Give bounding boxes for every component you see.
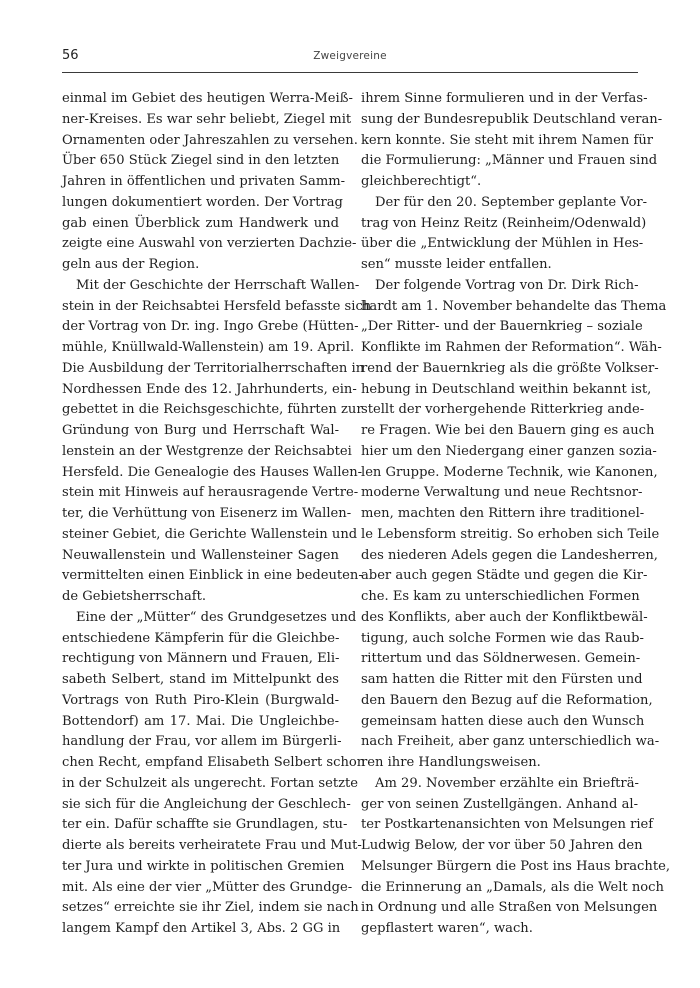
text-line: Mit der Geschichte der Herrschaft Wallen… bbox=[62, 276, 339, 297]
text-line: gepflastert waren“, wach. bbox=[361, 919, 638, 940]
text-line: aber auch gegen Städte und gegen die Kir… bbox=[361, 566, 638, 587]
text-line: Über 650 Stück Ziegel sind in den letzte… bbox=[62, 151, 339, 172]
text-line: gab einen Überblick zum Handwerk und bbox=[62, 214, 339, 235]
text-column-right: ihrem Sinne formulieren und in der Verfa… bbox=[361, 89, 638, 940]
text-line: rittertum und das Söldnerwesen. Gemein- bbox=[361, 649, 638, 670]
text-line: de Gebietsherrschaft. bbox=[62, 587, 339, 608]
text-line: handlung der Frau, vor allem im Bürgerli… bbox=[62, 732, 339, 753]
text-line: Eine der „Mütter“ des Grundgesetzes und bbox=[62, 608, 339, 629]
text-line: che. Es kam zu unterschiedlichen Formen bbox=[361, 587, 638, 608]
text-line: Ornamenten oder Jahreszahlen zu versehen… bbox=[62, 131, 339, 152]
text-line: Der für den 20. September geplante Vor- bbox=[361, 193, 638, 214]
text-line: tigung, auch solche Formen wie das Raub- bbox=[361, 629, 638, 650]
text-line: gleichberechtigt“. bbox=[361, 172, 638, 193]
text-line: gebettet in die Reichsgeschichte, führte… bbox=[62, 400, 339, 421]
text-line: Die Ausbildung der Territorialherrschaft… bbox=[62, 359, 339, 380]
text-line: sie sich für die Angleichung der Geschle… bbox=[62, 795, 339, 816]
text-line: mit. Als eine der vier „Mütter des Grund… bbox=[62, 878, 339, 899]
text-line: nach Freiheit, aber ganz unterschiedlich… bbox=[361, 732, 638, 753]
text-line: langem Kampf den Artikel 3, Abs. 2 GG in bbox=[62, 919, 339, 940]
text-line: Gründung von Burg und Herrschaft Wal- bbox=[62, 421, 339, 442]
text-line: ger von seinen Zustellgängen. Anhand al- bbox=[361, 795, 638, 816]
text-line: zeigte eine Auswahl von verzierten Dachz… bbox=[62, 234, 339, 255]
text-line: dierte als bereits verheiratete Frau und… bbox=[62, 836, 339, 857]
text-line: hardt am 1. November behandelte das Them… bbox=[361, 297, 638, 318]
text-line: moderne Verwaltung und neue Rechtsnor- bbox=[361, 483, 638, 504]
text-line: Am 29. November erzählte ein Briefträ- bbox=[361, 774, 638, 795]
text-line: chen Recht, empfand Elisabeth Selbert sc… bbox=[62, 753, 339, 774]
text-line: sen“ musste leider entfallen. bbox=[361, 255, 638, 276]
text-line: des Konflikts, aber auch der Konfliktbew… bbox=[361, 608, 638, 629]
text-line: setzes“ erreichte sie ihr Ziel, indem si… bbox=[62, 898, 339, 919]
text-line: stein in der Reichsabtei Hersfeld befass… bbox=[62, 297, 339, 318]
text-line: steiner Gebiet, die Gerichte Wallenstein… bbox=[62, 525, 339, 546]
text-line: Nordhessen Ende des 12. Jahrhunderts, ei… bbox=[62, 380, 339, 401]
text-line: entschiedene Kämpferin für die Gleichbe- bbox=[62, 629, 339, 650]
text-line: Ludwig Below, der vor über 50 Jahren den bbox=[361, 836, 638, 857]
text-line: Konflikte im Rahmen der Reformation“. Wä… bbox=[361, 338, 638, 359]
text-line: ter Jura und wirkte in politischen Gremi… bbox=[62, 857, 339, 878]
text-line: Vortrags von Ruth Piro-Klein (Burgwald- bbox=[62, 691, 339, 712]
text-line: die Erinnerung an „Damals, als die Welt … bbox=[361, 878, 638, 899]
text-line: men, machten den Rittern ihre traditione… bbox=[361, 504, 638, 525]
page-header: 56 Zweigvereine bbox=[62, 48, 638, 73]
text-line: ner-Kreises. Es war sehr beliebt, Ziegel… bbox=[62, 110, 339, 131]
text-line: vermittelten einen Einblick in eine bede… bbox=[62, 566, 339, 587]
text-line: Jahren in öffentlichen und privaten Samm… bbox=[62, 172, 339, 193]
text-line: ren ihre Handlungsweisen. bbox=[361, 753, 638, 774]
text-line: rechtigung von Männern und Frauen, Eli- bbox=[62, 649, 339, 670]
text-line: hebung in Deutschland weithin bekannt is… bbox=[361, 380, 638, 401]
text-line: ter Postkartenansichten von Melsungen ri… bbox=[361, 815, 638, 836]
text-line: kern konnte. Sie steht mit ihrem Namen f… bbox=[361, 131, 638, 152]
running-title: Zweigvereine bbox=[62, 50, 638, 62]
text-line: „Der Ritter- und der Bauernkrieg – sozia… bbox=[361, 317, 638, 338]
text-line: Der folgende Vortrag von Dr. Dirk Rich- bbox=[361, 276, 638, 297]
text-line: le Lebensform streitig. So erhoben sich … bbox=[361, 525, 638, 546]
text-line: sung der Bundesrepublik Deutschland vera… bbox=[361, 110, 638, 131]
text-line: Bottendorf) am 17. Mai. Die Ungleichbe- bbox=[62, 712, 339, 733]
text-line: len Gruppe. Moderne Technik, wie Kanonen… bbox=[361, 463, 638, 484]
text-line: lenstein an der Westgrenze der Reichsabt… bbox=[62, 442, 339, 463]
text-line: sam hatten die Ritter mit den Fürsten un… bbox=[361, 670, 638, 691]
text-line: hier um den Niedergang einer ganzen sozi… bbox=[361, 442, 638, 463]
text-line: re Fragen. Wie bei den Bauern ging es au… bbox=[361, 421, 638, 442]
text-line: Hersfeld. Die Genealogie des Hauses Wall… bbox=[62, 463, 339, 484]
text-line: ter, die Verhüttung von Eisenerz im Wall… bbox=[62, 504, 339, 525]
text-line: Melsunger Bürgern die Post ins Haus brac… bbox=[361, 857, 638, 878]
text-line: der Vortrag von Dr. ing. Ingo Grebe (Hüt… bbox=[62, 317, 339, 338]
text-line: stein mit Hinweis auf herausragende Vert… bbox=[62, 483, 339, 504]
text-line: in der Schulzeit als ungerecht. Fortan s… bbox=[62, 774, 339, 795]
text-line: einmal im Gebiet des heutigen Werra-Meiß… bbox=[62, 89, 339, 110]
text-line: lungen dokumentiert worden. Der Vortrag bbox=[62, 193, 339, 214]
text-line: gemeinsam hatten diese auch den Wunsch bbox=[361, 712, 638, 733]
text-line: Neuwallenstein und Wallensteiner Sagen bbox=[62, 546, 339, 567]
text-line: über die „Entwicklung der Mühlen in Hes- bbox=[361, 234, 638, 255]
text-line: ihrem Sinne formulieren und in der Verfa… bbox=[361, 89, 638, 110]
text-line: trag von Heinz Reitz (Reinheim/Odenwald) bbox=[361, 214, 638, 235]
text-line: stellt der vorhergehende Ritterkrieg and… bbox=[361, 400, 638, 421]
text-line: ter ein. Dafür schaffte sie Grundlagen, … bbox=[62, 815, 339, 836]
text-line: die Formulierung: „Männer und Frauen sin… bbox=[361, 151, 638, 172]
text-line: geln aus der Region. bbox=[62, 255, 339, 276]
text-line: mühle, Knüllwald-Wallenstein) am 19. Apr… bbox=[62, 338, 339, 359]
text-line: des niederen Adels gegen die Landesherre… bbox=[361, 546, 638, 567]
text-line: den Bauern den Bezug auf die Reformation… bbox=[361, 691, 638, 712]
text-line: rend der Bauernkrieg als die größte Volk… bbox=[361, 359, 638, 380]
text-column-left: einmal im Gebiet des heutigen Werra-Meiß… bbox=[62, 89, 339, 940]
text-line: sabeth Selbert, stand im Mittelpunkt des bbox=[62, 670, 339, 691]
text-line: in Ordnung und alle Straßen von Melsunge… bbox=[361, 898, 638, 919]
